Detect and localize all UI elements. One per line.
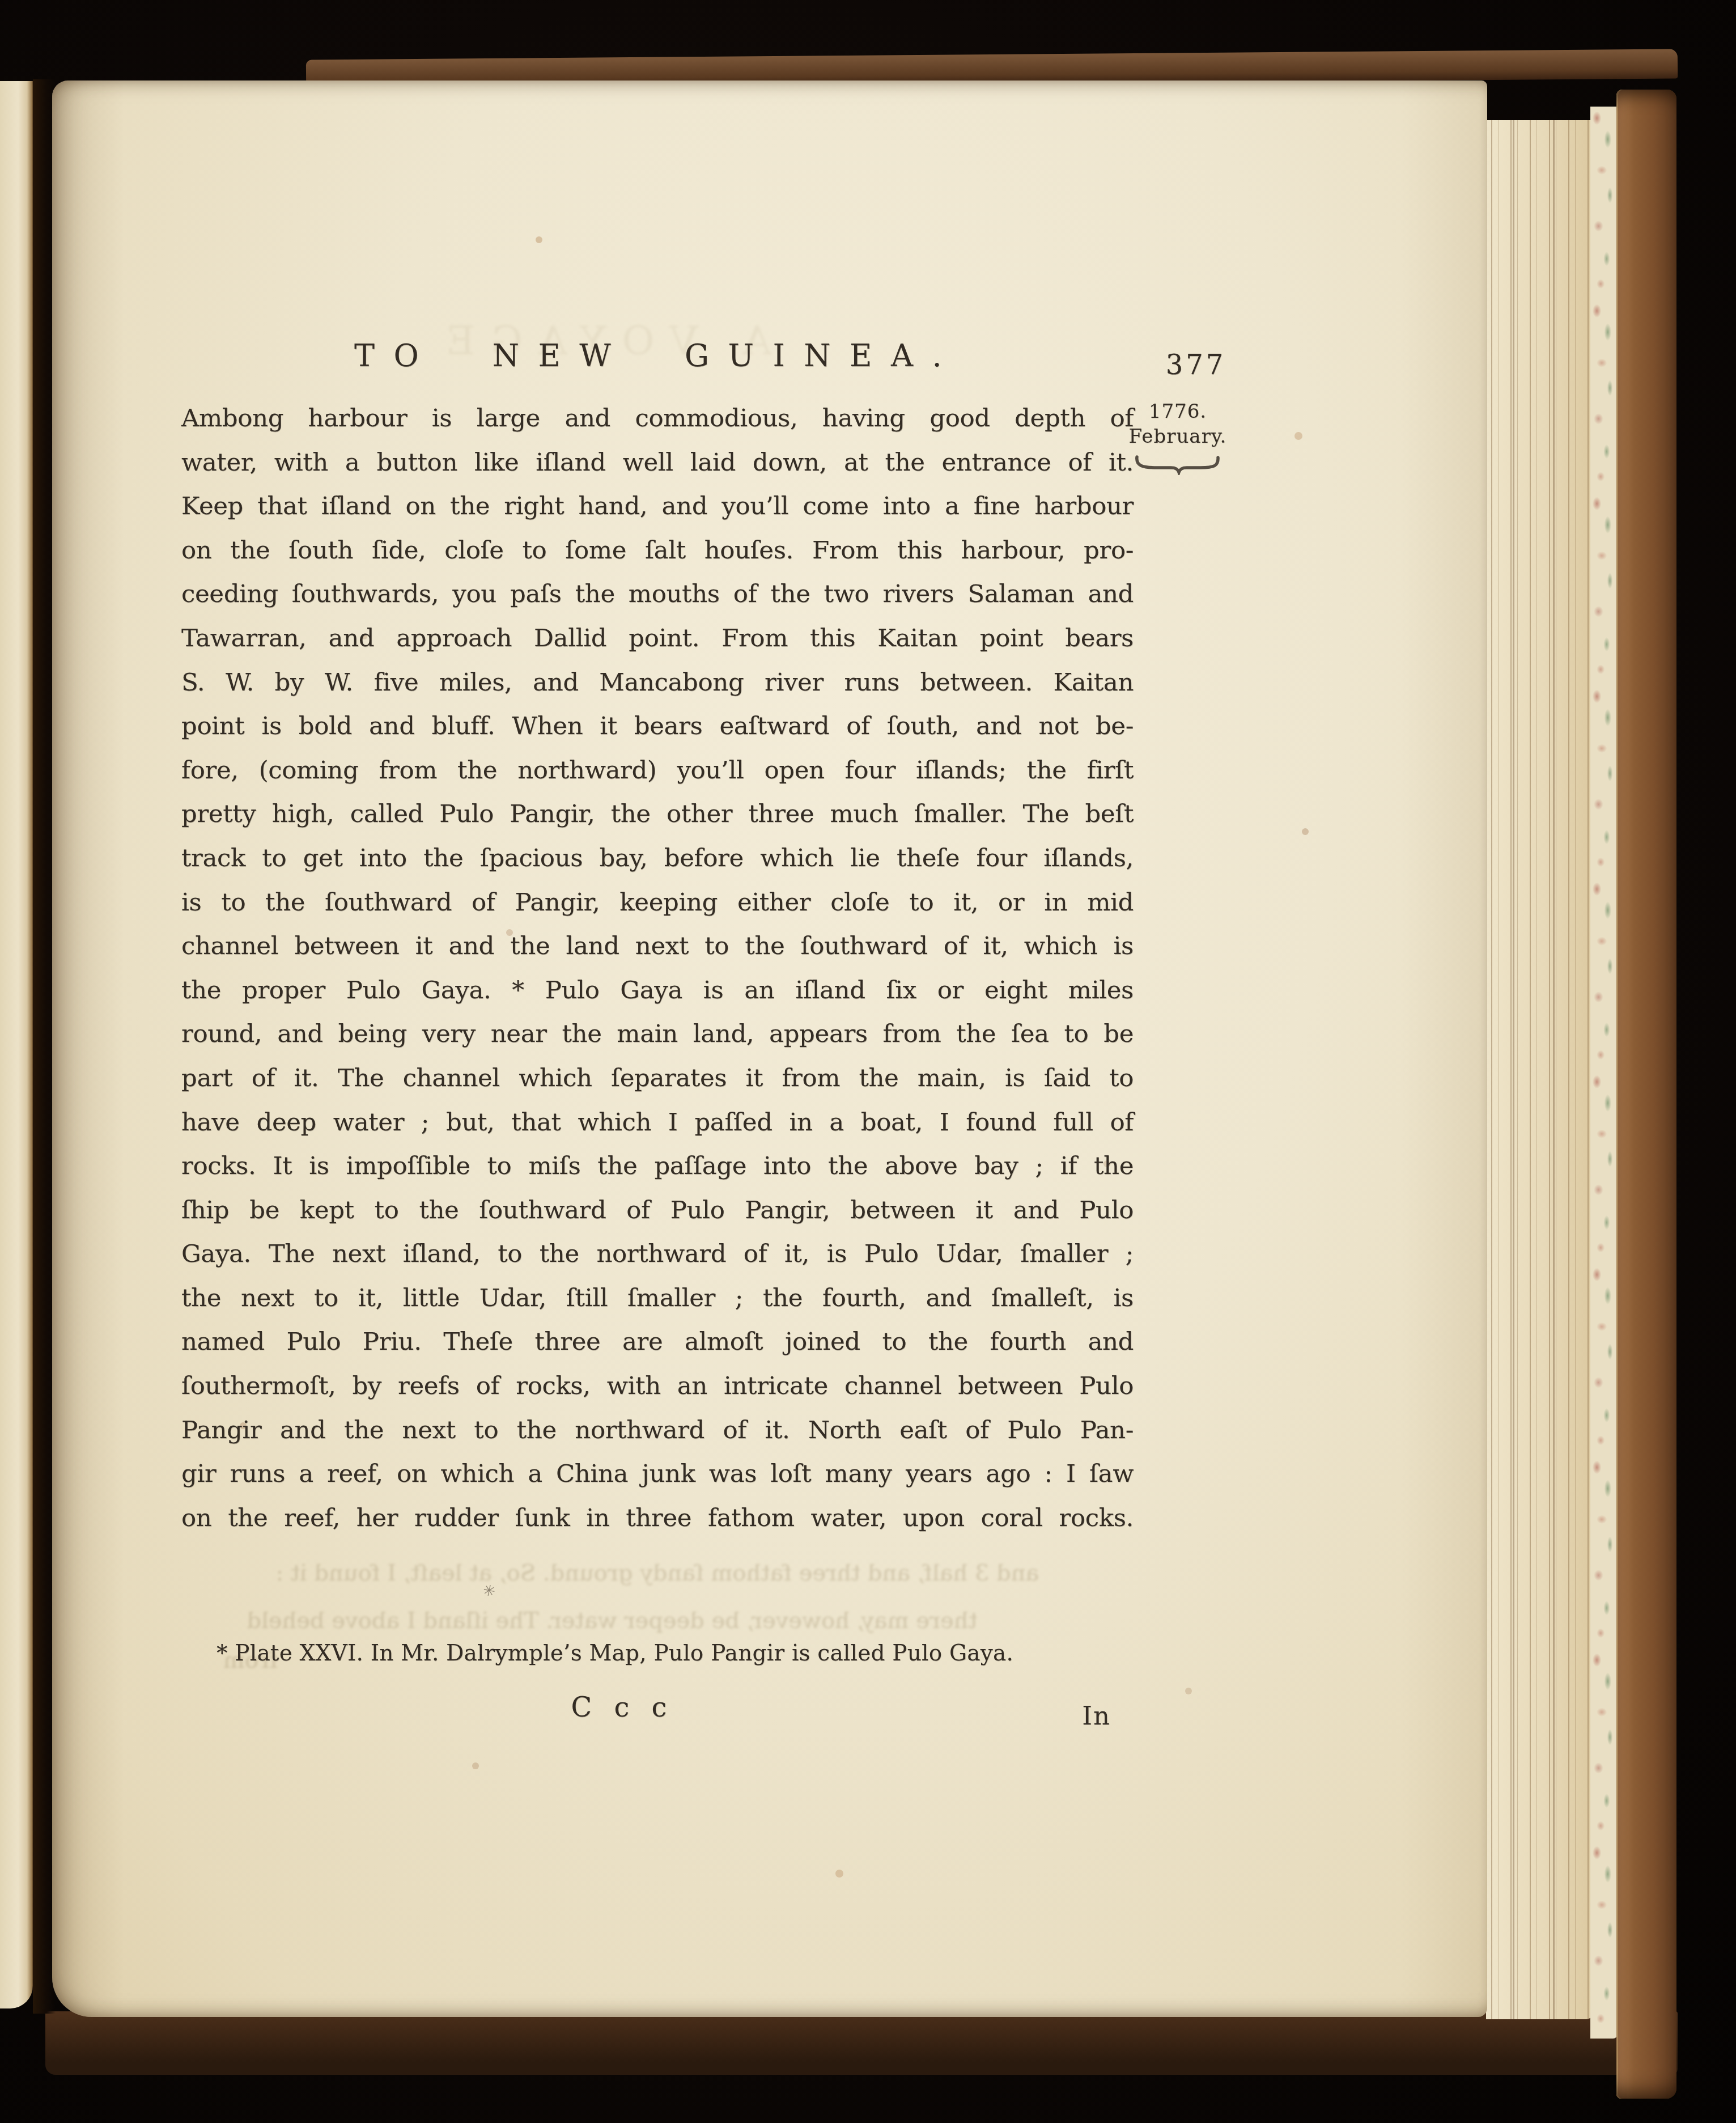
text-line: channel between it and the land next to …	[181, 925, 1134, 969]
marbled-endpaper-edge	[1590, 107, 1618, 2039]
text-line: part of it. The channel which ſeparates …	[181, 1057, 1134, 1101]
text-line: is to the ſouthward of Pangir, keeping e…	[181, 881, 1134, 925]
text-line: Ambong harbour is large and commodious, …	[181, 397, 1134, 441]
showthrough-line: there may, however, be deeper water. The…	[170, 1608, 1054, 1634]
page-heading: TO NEW GUINEA.	[187, 338, 1128, 374]
text-line: rocks. It is impoſſible to miſs the paſſ…	[181, 1145, 1134, 1189]
text-line: point is bold and bluff. When it bears e…	[181, 705, 1134, 749]
text-line: Tawarran, and approach Dallid point. Fro…	[181, 617, 1134, 661]
margin-note-brace	[1134, 452, 1222, 475]
text-line: have deep water ; but, that which I paſſ…	[181, 1101, 1134, 1145]
text-line: Gaya. The next iſland, to the northward …	[181, 1232, 1134, 1277]
body-paragraph: Ambong harbour is large and commodious, …	[181, 397, 1134, 1540]
showthrough-line: and 3 half, and three fathom ſandy groun…	[181, 1560, 1134, 1586]
text-line: on the ſouth ſide, cloſe to ſome ſalt ho…	[181, 529, 1134, 573]
leather-binding	[1616, 90, 1676, 2099]
text-line: the proper Pulo Gaya. * Pulo Gaya is an …	[181, 969, 1134, 1013]
text-line: S. W. by W. five miles, and Mancabong ri…	[181, 661, 1134, 705]
left-page-edge	[0, 81, 33, 2008]
text-line: track to get into the ſpacious bay, befo…	[181, 837, 1134, 881]
page-stack-edges	[1486, 120, 1594, 2019]
margin-note-month: February.	[1126, 424, 1230, 449]
text-line: ſhip be kept to the ſouthward of Pulo Pa…	[181, 1189, 1134, 1233]
catchword: In	[181, 1701, 1111, 1731]
text-line: ſouthermoſt, by reefs of rocks, with an …	[181, 1365, 1134, 1409]
text-line: Pangir and the next to the northward of …	[181, 1409, 1134, 1453]
text-line: ceeding ſouthwards, you paſs the mouths …	[181, 573, 1134, 617]
text-line: pretty high, called Pulo Pangir, the oth…	[181, 793, 1134, 837]
book-cover-bottom-edge	[45, 2011, 1678, 2075]
text-line: Keep that iſland on the right hand, and …	[181, 485, 1134, 529]
book-photo: A VOYAGE TO NEW GUINEA. 377 1776. Februa…	[0, 0, 1736, 2123]
margin-note-year: 1776.	[1126, 399, 1230, 424]
footnote: * Plate XXVI. In Mr. Dalrymple’s Map, Pu…	[181, 1641, 1134, 1666]
text-line: water, with a button like iſland well la…	[181, 441, 1134, 485]
margin-date-note: 1776. February.	[1126, 399, 1230, 449]
text-line: the next to it, little Udar, ſtill ſmall…	[181, 1277, 1134, 1321]
text-line: gir runs a reef, on which a China junk w…	[181, 1452, 1134, 1497]
text-line: round, and being very near the main land…	[181, 1012, 1134, 1057]
text-line: on the reef, her rudder ſunk in three fa…	[181, 1497, 1134, 1541]
text-line: named Pulo Priu. Theſe three are almoſt …	[181, 1320, 1134, 1365]
page-number: 377	[1156, 349, 1236, 381]
text-line: fore, (coming from the northward) you’ll…	[181, 749, 1134, 793]
paper-specks	[0, 0, 3, 3]
